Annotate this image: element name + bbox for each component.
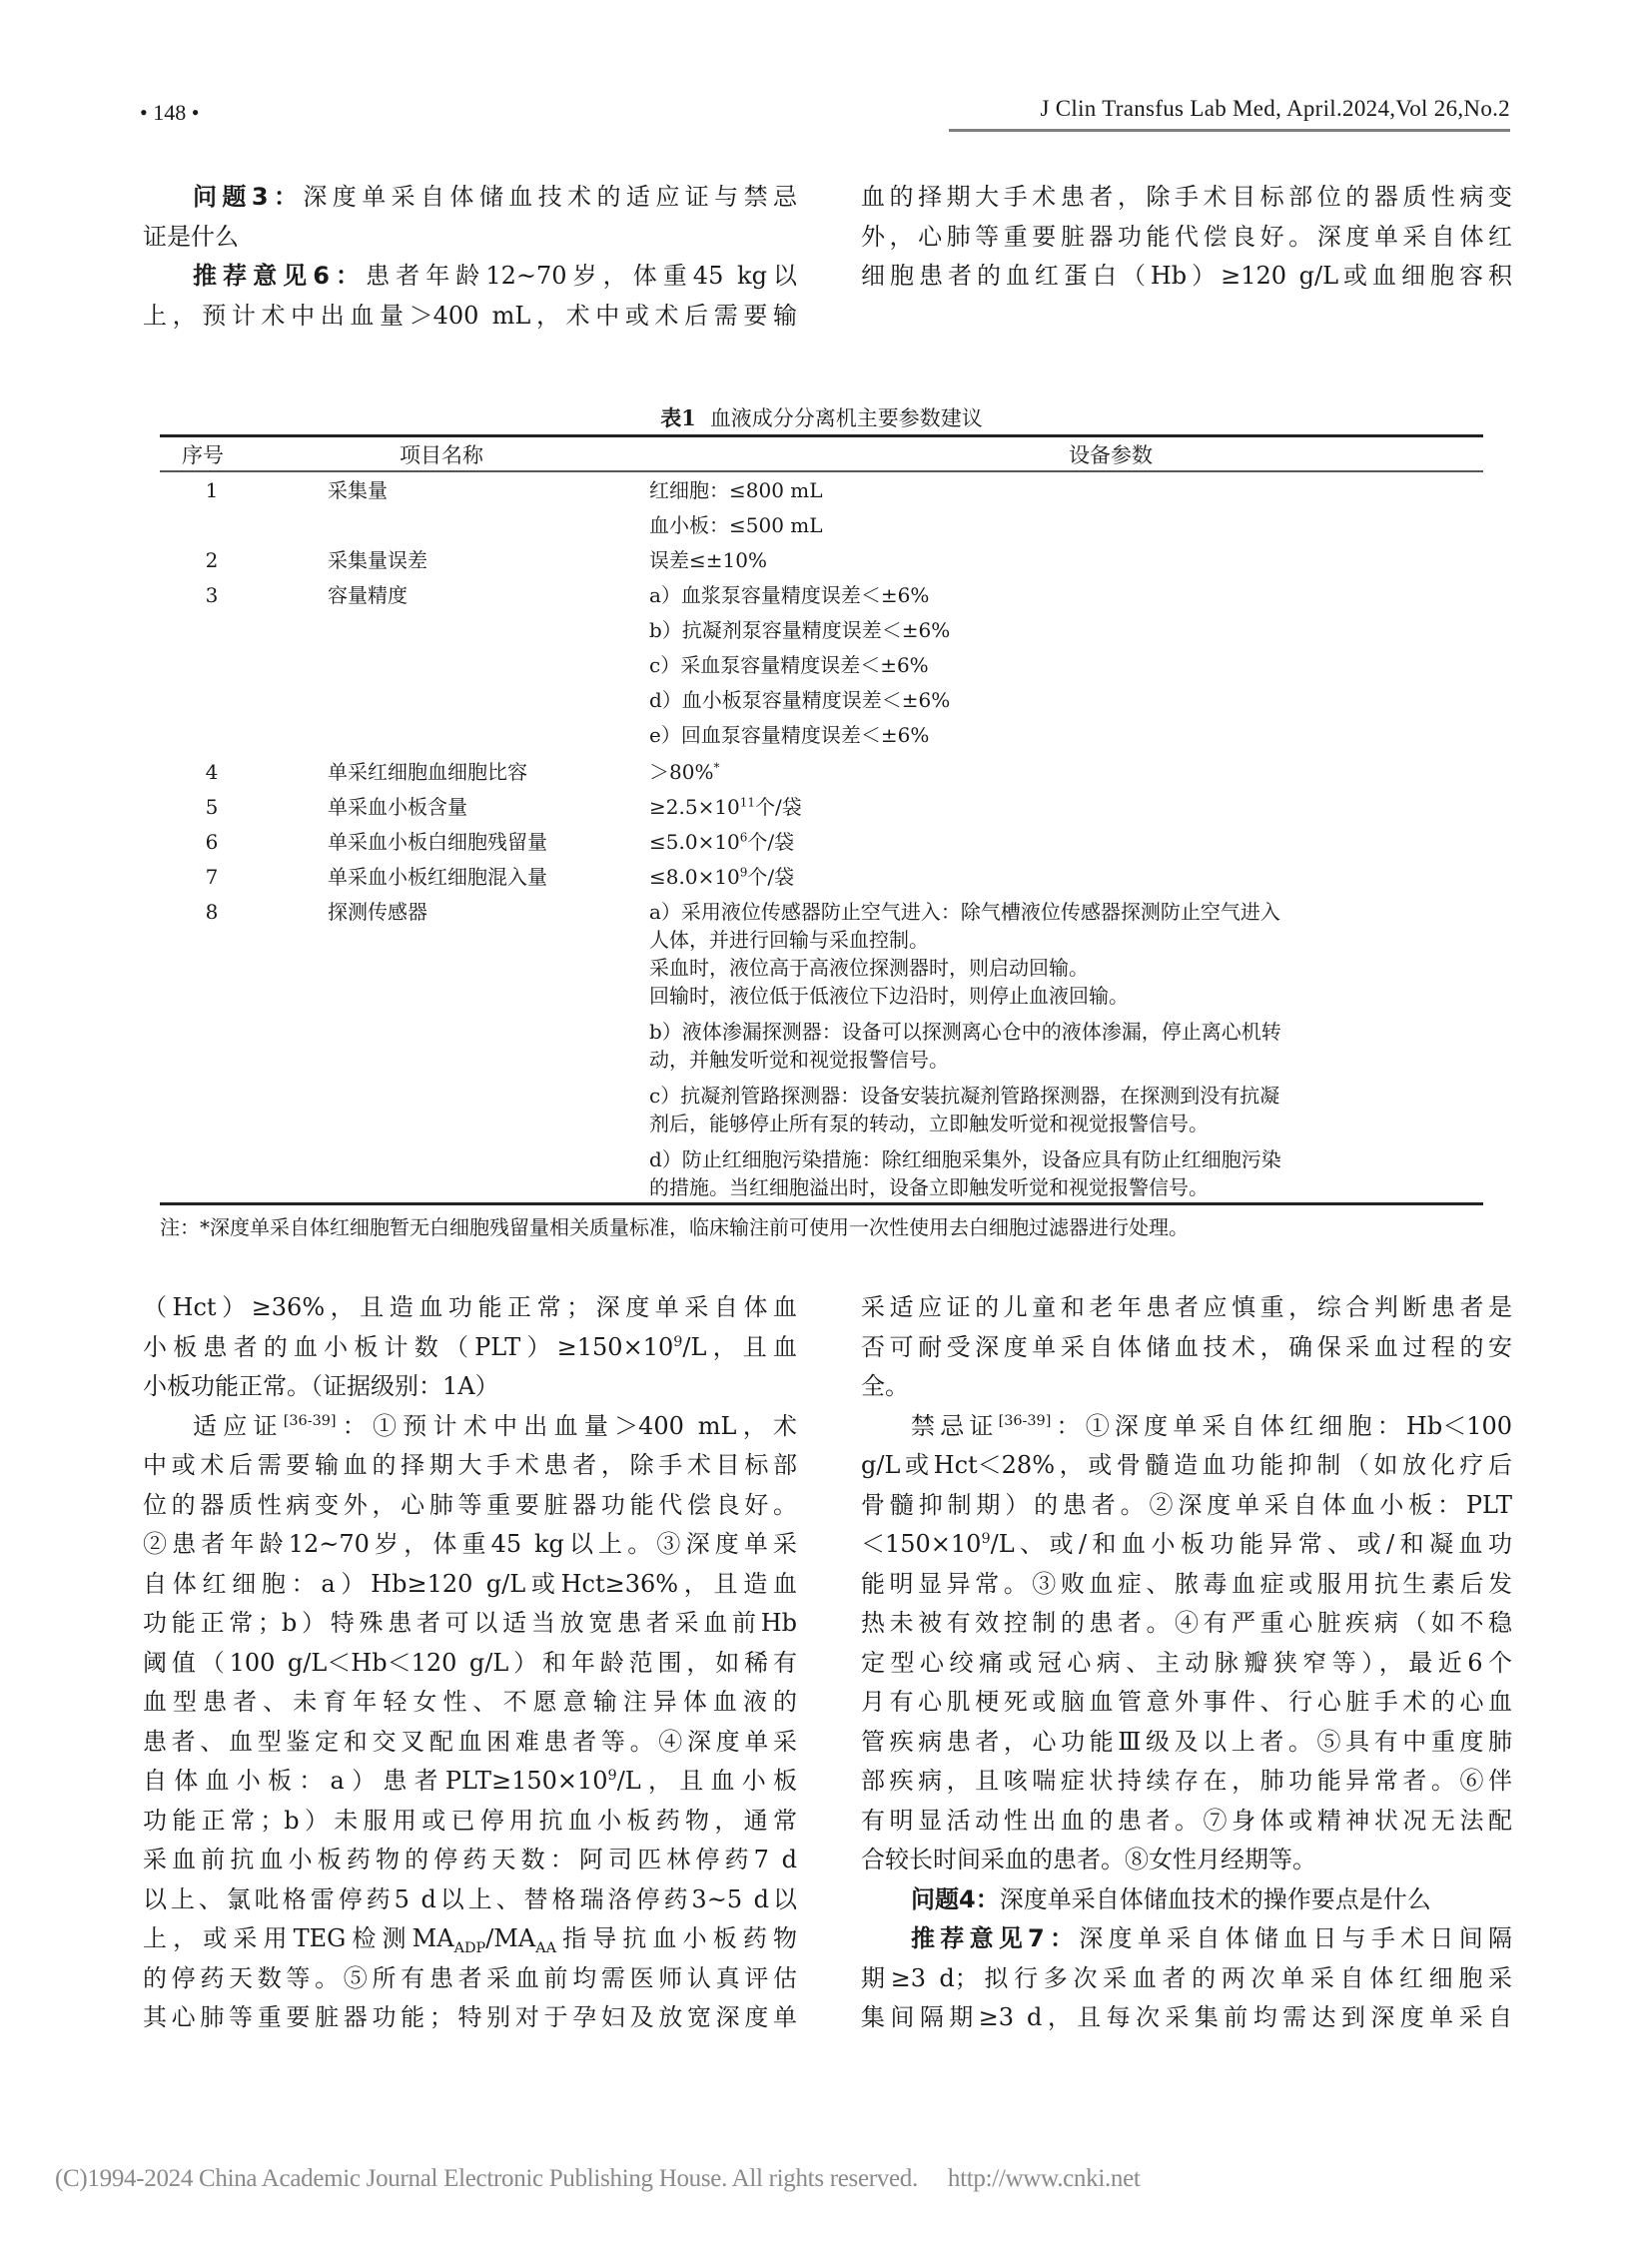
row-params: ＞80%* bbox=[649, 755, 1478, 790]
table-bottom-rule bbox=[160, 1202, 1483, 1205]
param-unit: 个/袋 bbox=[747, 830, 794, 854]
copyright-text: (C)1994-2024 China Academic Journal Elec… bbox=[55, 2165, 918, 2192]
paragraph-line: （Hct）≥36%，且造血功能正常；深度单采自体血 bbox=[143, 1288, 797, 1328]
table-caption-text: 血液成分分离机主要参数建议 bbox=[710, 406, 983, 430]
row-name: 探测传感器 bbox=[328, 895, 427, 930]
paragraph-line: 合较长时间采血的患者。⑧女性月经期等。 bbox=[861, 1841, 1512, 1880]
paragraph-line: 热未被有效控制的患者。④有严重心脏疾病（如不稳 bbox=[861, 1604, 1512, 1644]
param-line: a）血浆泵容量精度误差＜±6% bbox=[649, 578, 1478, 613]
sensor-block-b: b）液体渗漏探测器：设备可以探测离心仓中的液体渗漏，停止离心机转 动，并触发听觉… bbox=[649, 1018, 1478, 1074]
paragraph-line: ②患者年龄12~70岁，体重45 kg以上。③深度单采 bbox=[143, 1525, 797, 1565]
question-3-heading: 问题3：深度单采自体储血技术的适应证与禁忌 bbox=[143, 178, 797, 218]
paragraph-line: 定型心绞痛或冠心病、主动脉瓣狭窄等），最近6个 bbox=[861, 1644, 1512, 1684]
paragraph-line: 的停药天数等。⑤所有患者采血前均需医师认真评估 bbox=[143, 1959, 797, 1999]
paragraph-line: 血型患者、未育年轻女性、不愿意输注异体血液的 bbox=[143, 1683, 797, 1723]
contraindications-heading: 禁忌证[36-39]：①深度单采自体红细胞：Hb＜100 bbox=[861, 1407, 1512, 1447]
column-header-index: 序号 bbox=[182, 439, 224, 469]
paragraph-line: 血的择期大手术患者，除手术目标部位的器质性病变 bbox=[861, 178, 1512, 218]
top-right-column: 血的择期大手术患者，除手术目标部位的器质性病变 外，心肺等重要脏器功能代偿良好。… bbox=[861, 178, 1512, 297]
paragraph-line: 小板功能正常。（证据级别：1A） bbox=[143, 1367, 797, 1407]
citation: [36-39] bbox=[284, 1413, 337, 1429]
paragraph-line: 采适应证的儿童和老年患者应慎重，综合判断患者是 bbox=[861, 1288, 1512, 1328]
paragraph-line: 自体血小板：a）患者PLT≥150×109/L，且血小板 bbox=[143, 1762, 797, 1802]
exponent: 11 bbox=[740, 795, 755, 809]
journal-header: J Clin Transfus Lab Med, April.2024,Vol … bbox=[949, 96, 1510, 122]
table-caption-label: 表1 bbox=[660, 405, 696, 430]
cnki-link[interactable]: http://www.cnki.net bbox=[948, 2165, 1141, 2192]
param-line: a）采用液位传感器防止空气进入：除气槽液位传感器探测防止空气进入 bbox=[649, 898, 1478, 926]
table-header-rule bbox=[160, 470, 1483, 472]
row-name: 单采红细胞血细胞比容 bbox=[328, 755, 527, 790]
param-line: d）防止红细胞污染措施：除红细胞采集外，设备应具有防止红细胞污染 bbox=[649, 1145, 1478, 1173]
paragraph-line: 功能正常；b）未服用或已停用抗血小板药物，通常 bbox=[143, 1802, 797, 1842]
sensor-block-c: c）抗凝剂管路探测器：设备安装抗凝剂管路探测器，在探测到没有抗凝 剂后，能够停止… bbox=[649, 1082, 1478, 1137]
question-3-text: 深度单采自体储血技术的适应证与禁忌 bbox=[303, 183, 797, 211]
param-value: ＞80% bbox=[649, 760, 713, 784]
paragraph-line: 位的器质性病变外，心肺等重要脏器功能代偿良好。 bbox=[143, 1486, 797, 1526]
row-params: a）采用液位传感器防止空气进入：除气槽液位传感器探测防止空气进入 人体，并进行回… bbox=[649, 898, 1478, 1209]
column-header-parameters: 设备参数 bbox=[1069, 439, 1153, 469]
copyright-footer: (C)1994-2024 China Academic Journal Elec… bbox=[55, 2165, 1141, 2193]
row-index: 2 bbox=[202, 543, 222, 578]
param-value: ≥2.5×10 bbox=[649, 795, 740, 819]
param-line: 红细胞：≤800 mL bbox=[649, 473, 1478, 508]
recommendation-6-text: 患者年龄12~70岁，体重45 kg以 bbox=[366, 262, 797, 290]
row-name: 容量精度 bbox=[328, 578, 408, 613]
paragraph-line: 否可耐受深度单采自体储血技术，确保采血过程的安 bbox=[861, 1328, 1512, 1368]
row-name: 单采血小板红细胞混入量 bbox=[328, 860, 547, 895]
param-line: 剂后，能够停止所有泵的转动，立即触发听觉和视觉报警信号。 bbox=[649, 1110, 1478, 1137]
question-3-text-cont: 证是什么 bbox=[143, 218, 797, 258]
param-line: e）回血泵容量精度误差＜±6% bbox=[649, 718, 1478, 753]
param-value: ≤8.0×10 bbox=[649, 865, 740, 889]
paragraph-line: ＜150×109/L、或/和血小板功能异常、或/和凝血功 bbox=[861, 1525, 1512, 1565]
row-name: 单采血小板白细胞残留量 bbox=[328, 825, 547, 860]
recommendation-6-label: 推荐意见6： bbox=[193, 262, 366, 290]
row-index: 1 bbox=[202, 473, 222, 508]
paragraph-line: 细胞患者的血红蛋白（Hb）≥120 g/L或血细胞容积 bbox=[861, 257, 1512, 297]
citation: [36-39] bbox=[999, 1413, 1052, 1429]
paragraph-line: 有明显活动性出血的患者。⑦身体或精神状况无法配 bbox=[861, 1802, 1512, 1842]
paragraph-line: 管疾病患者，心功能Ⅲ级及以上者。⑤具有中重度肺 bbox=[861, 1723, 1512, 1763]
row-params: 红细胞：≤800 mL 血小板：≤500 mL bbox=[649, 473, 1478, 543]
header-rule bbox=[949, 129, 1510, 132]
param-line: 血小板：≤500 mL bbox=[649, 508, 1478, 543]
row-params: ≤8.0×109个/袋 bbox=[649, 860, 1478, 895]
row-index: 7 bbox=[202, 860, 222, 895]
param-line: 误差≤±10% bbox=[649, 543, 1478, 578]
table-caption: 表1血液成分分离机主要参数建议 bbox=[160, 402, 1483, 432]
row-index: 6 bbox=[202, 825, 222, 860]
paragraph-line: 上，或采用TEG检测MAADP/MAAA指导抗血小板药物 bbox=[143, 1919, 797, 1959]
recommendation-7: 推荐意见7：深度单采自体储血日与手术日间隔 bbox=[861, 1919, 1512, 1959]
paragraph-line: 能明显异常。③败血症、脓毒血症或服用抗生素后发 bbox=[861, 1565, 1512, 1605]
paragraph-line: g/L或Hct＜28%，或骨髓造血功能抑制（如放化疗后 bbox=[861, 1446, 1512, 1486]
indications-heading: 适应证[36-39]：①预计术中出血量＞400 mL，术 bbox=[143, 1407, 797, 1447]
param-line: 的措施。当红细胞溢出时，设备立即触发听觉和视觉报警信号。 bbox=[649, 1173, 1478, 1201]
row-index: 3 bbox=[202, 578, 222, 613]
top-left-column: 问题3：深度单采自体储血技术的适应证与禁忌 证是什么 推荐意见6：患者年龄12~… bbox=[143, 178, 797, 336]
paragraph-line: 以上、氯吡格雷停药5 d以上、替格瑞洛停药3~5 d以 bbox=[143, 1880, 797, 1920]
paragraph-line: 采血前抗血小板药物的停药天数：阿司匹林停药7 d bbox=[143, 1841, 797, 1880]
recommendation-6-text-cont: 上，预计术中出血量＞400 mL，术中或术后需要输 bbox=[143, 297, 797, 337]
table-note: 注：*深度单采自体红细胞暂无白细胞残留量相关质量标准，临床输注前可使用一次性使用… bbox=[160, 1211, 1189, 1240]
paragraph-line: 阈值（100 g/L＜Hb＜120 g/L）和年龄范围，如稀有 bbox=[143, 1644, 797, 1684]
row-name: 采集量 bbox=[328, 473, 388, 508]
footnote-marker: * bbox=[713, 760, 719, 774]
question-3-label: 问题3： bbox=[193, 183, 303, 211]
paragraph-line: 功能正常；b）特殊患者可以适当放宽患者采血前Hb bbox=[143, 1604, 797, 1644]
paragraph-line: 其心肺等重要脏器功能；特别对于孕妇及放宽深度单 bbox=[143, 1998, 797, 2038]
paragraph-line: 集间隔期≥3 d，且每次采集前均需达到深度单采自 bbox=[861, 1998, 1512, 2038]
param-line: c）采血泵容量精度误差＜±6% bbox=[649, 648, 1478, 683]
param-unit: 个/袋 bbox=[747, 865, 794, 889]
paragraph-line: 期≥3 d；拟行多次采血者的两次单采自体红细胞采 bbox=[861, 1959, 1512, 1999]
param-line: 人体，并进行回输与采血控制。 bbox=[649, 926, 1478, 954]
param-unit: 个/袋 bbox=[755, 795, 802, 819]
row-params: 误差≤±10% bbox=[649, 543, 1478, 578]
paragraph-line: 自体红细胞：a）Hb≥120 g/L或Hct≥36%，且造血 bbox=[143, 1565, 797, 1605]
row-index: 8 bbox=[202, 895, 222, 930]
row-index: 4 bbox=[202, 755, 222, 790]
paragraph-line: 患者、血型鉴定和交叉配血困难患者等。④深度单采 bbox=[143, 1723, 797, 1763]
row-params: ≥2.5×1011个/袋 bbox=[649, 790, 1478, 825]
bottom-left-column: （Hct）≥36%，且造血功能正常；深度单采自体血 小板患者的血小板计数（PLT… bbox=[143, 1288, 797, 2038]
param-line: 动，并触发听觉和视觉报警信号。 bbox=[649, 1046, 1478, 1074]
column-header-item-name: 项目名称 bbox=[400, 439, 483, 469]
paragraph-line: 部疾病，且咳喘症状持续存在，肺功能异常者。⑥伴 bbox=[861, 1762, 1512, 1802]
question-4-heading: 问题4：深度单采自体储血技术的操作要点是什么 bbox=[861, 1880, 1512, 1920]
row-index: 5 bbox=[202, 790, 222, 825]
recommendation-7-label: 推荐意见7： bbox=[911, 1924, 1079, 1952]
table-top-rule bbox=[160, 434, 1483, 437]
param-line: b）液体渗漏探测器：设备可以探测离心仓中的液体渗漏，停止离心机转 bbox=[649, 1018, 1478, 1046]
param-line: d）血小板泵容量精度误差＜±6% bbox=[649, 683, 1478, 718]
page-number: • 148 • bbox=[140, 100, 199, 126]
param-line: 采血时，液位高于高液位探测器时，则启动回输。 bbox=[649, 954, 1478, 982]
paragraph-line: 骨髓抑制期）的患者。②深度单采自体血小板：PLT bbox=[861, 1486, 1512, 1526]
row-name: 采集量误差 bbox=[328, 543, 427, 578]
paragraph-line: 月有心肌梗死或脑血管意外事件、行心脏手术的心血 bbox=[861, 1683, 1512, 1723]
paragraph-line: 全。 bbox=[861, 1367, 1512, 1407]
recommendation-6: 推荐意见6：患者年龄12~70岁，体重45 kg以 bbox=[143, 257, 797, 297]
row-name: 单采血小板含量 bbox=[328, 790, 467, 825]
sensor-block-d: d）防止红细胞污染措施：除红细胞采集外，设备应具有防止红细胞污染 的措施。当红细… bbox=[649, 1145, 1478, 1201]
param-value: ≤5.0×10 bbox=[649, 830, 740, 854]
param-line: b）抗凝剂泵容量精度误差＜±6% bbox=[649, 613, 1478, 648]
param-line: c）抗凝剂管路探测器：设备安装抗凝剂管路探测器，在探测到没有抗凝 bbox=[649, 1082, 1478, 1110]
sensor-block-a: a）采用液位传感器防止空气进入：除气槽液位传感器探测防止空气进入 人体，并进行回… bbox=[649, 898, 1478, 1010]
paragraph-line: 小板患者的血小板计数（PLT）≥150×109/L，且血 bbox=[143, 1328, 797, 1368]
bottom-right-column: 采适应证的儿童和老年患者应慎重，综合判断患者是 否可耐受深度单采自体储血技术，确… bbox=[861, 1288, 1512, 2038]
table-header-row: 序号 项目名称 设备参数 bbox=[160, 439, 1483, 469]
question-4-label: 问题4： bbox=[911, 1885, 1000, 1913]
paragraph-line: 外，心肺等重要脏器功能代偿良好。深度单采自体红 bbox=[861, 218, 1512, 258]
row-params: ≤5.0×106个/袋 bbox=[649, 825, 1478, 860]
param-line: 回输时，液位低于低液位下边沿时，则停止血液回输。 bbox=[649, 982, 1478, 1010]
row-params: a）血浆泵容量精度误差＜±6% b）抗凝剂泵容量精度误差＜±6% c）采血泵容量… bbox=[649, 578, 1478, 753]
paragraph-line: 中或术后需要输血的择期大手术患者，除手术目标部 bbox=[143, 1446, 797, 1486]
